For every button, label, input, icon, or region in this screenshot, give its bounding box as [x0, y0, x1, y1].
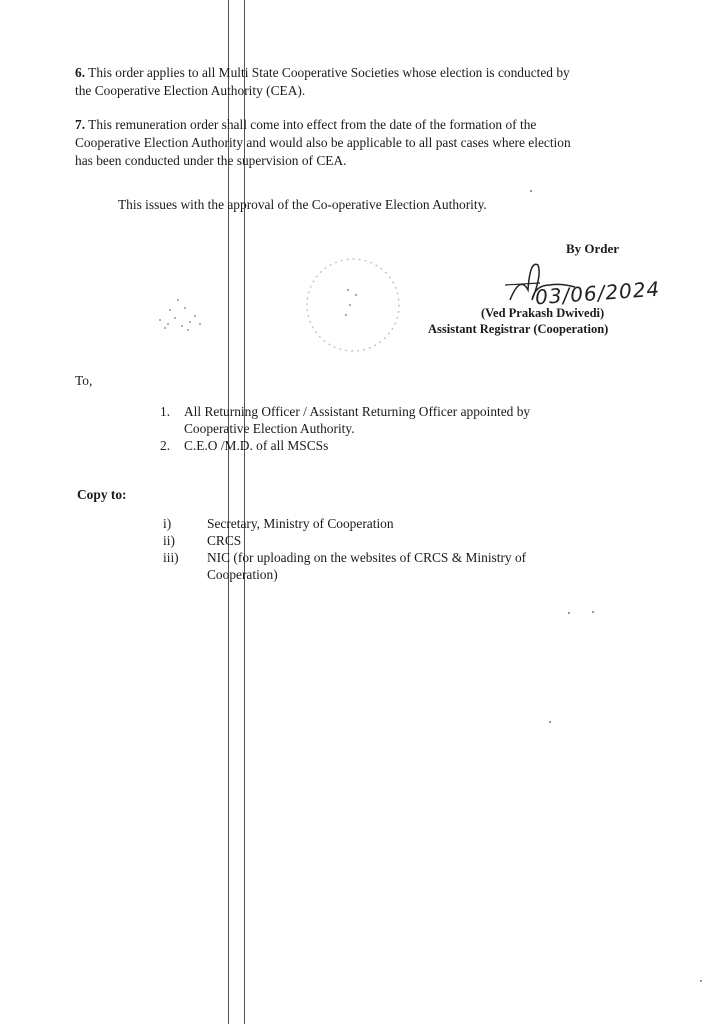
- paragraph-line: This order applies to all Multi State Co…: [88, 65, 570, 80]
- item-number: 1.: [160, 403, 184, 420]
- copy-to-item: i) Secretary, Ministry of Cooperation: [163, 515, 526, 532]
- to-list-item: 2.C.E.O /M.D. of all MSCSs: [160, 437, 530, 454]
- item-text: Cooperative Election Authority.: [160, 420, 530, 437]
- item-number: iii): [163, 549, 207, 583]
- faded-stamp-round-icon: [298, 250, 408, 360]
- faded-stamp-left-icon: [140, 280, 220, 340]
- scan-speck: [530, 190, 532, 192]
- paragraph-7: 7. This remuneration order shall come in…: [75, 116, 623, 170]
- item-number: ii): [163, 532, 207, 549]
- approval-statement: This issues with the approval of the Co-…: [118, 197, 487, 213]
- item-text: Cooperation): [207, 566, 526, 583]
- paragraph-number: 7.: [75, 117, 85, 132]
- to-list: 1.All Returning Officer / Assistant Retu…: [160, 403, 530, 454]
- copy-to-label: Copy to:: [77, 487, 126, 503]
- paragraph-line: This remuneration order shall come into …: [88, 117, 536, 132]
- signatory-name: (Ved Prakash Dwivedi): [481, 306, 604, 321]
- item-number: 2.: [160, 437, 184, 454]
- to-list-item: 1.All Returning Officer / Assistant Retu…: [160, 403, 530, 437]
- to-label: To,: [75, 373, 92, 389]
- item-text: CRCS: [207, 532, 241, 549]
- item-number: i): [163, 515, 207, 532]
- signatory-designation: Assistant Registrar (Cooperation): [428, 322, 608, 337]
- scan-speck: [568, 612, 570, 614]
- item-text: Secretary, Ministry of Cooperation: [207, 515, 394, 532]
- paragraph-line: has been conducted under the supervision…: [75, 152, 623, 170]
- scan-speck: [549, 721, 551, 723]
- paragraph-number: 6.: [75, 65, 85, 80]
- copy-to-list: i) Secretary, Ministry of Cooperation ii…: [163, 515, 526, 583]
- paragraph-line: the Cooperative Election Authority (CEA)…: [75, 82, 623, 100]
- scan-speck: [700, 980, 702, 982]
- copy-to-item: ii) CRCS: [163, 532, 526, 549]
- item-text: All Returning Officer / Assistant Return…: [184, 404, 530, 419]
- item-text: C.E.O /M.D. of all MSCSs: [184, 438, 328, 453]
- item-text: NIC (for uploading on the websites of CR…: [207, 549, 526, 566]
- paragraph-line: Cooperative Election Authority and would…: [75, 134, 623, 152]
- paragraph-6: 6. This order applies to all Multi State…: [75, 64, 623, 100]
- copy-to-item: iii) NIC (for uploading on the websites …: [163, 549, 526, 583]
- scan-speck: [592, 611, 594, 613]
